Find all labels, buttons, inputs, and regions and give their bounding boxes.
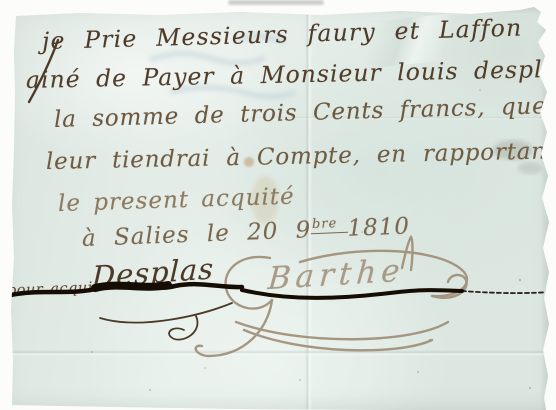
date-place-day: à Salies le 20 9 (82, 217, 312, 252)
barthe-signature: Barthe (267, 253, 406, 298)
date-month-superscript: bre (311, 216, 348, 234)
date-line: à Salies le 20 9bre1810 (82, 213, 411, 252)
handwritten-line-5: le present acquité (58, 184, 295, 217)
pour-acquit-annotation: pour acquit (7, 280, 100, 299)
scanner-edge-smudge (228, 0, 324, 5)
date-year: 1810 (347, 213, 410, 241)
desplas-signature: Desplas (91, 251, 214, 294)
scanned-document: je Prie Messieurs faury et Laffon ainé d… (0, 0, 556, 410)
handwritten-line-4: leur tiendrai à Compte, en rapportant (46, 138, 556, 175)
handwritten-line-2: ainé de Payer à Monsieur louis desplas (26, 55, 556, 94)
paper-sheet: je Prie Messieurs faury et Laffon ainé d… (0, 0, 556, 410)
barthe-signature-flourish (196, 237, 467, 356)
left-edge-ink-mark: 2 (0, 33, 16, 65)
desplas-flourish (100, 303, 232, 340)
horizontal-fold-crease (0, 350, 556, 356)
